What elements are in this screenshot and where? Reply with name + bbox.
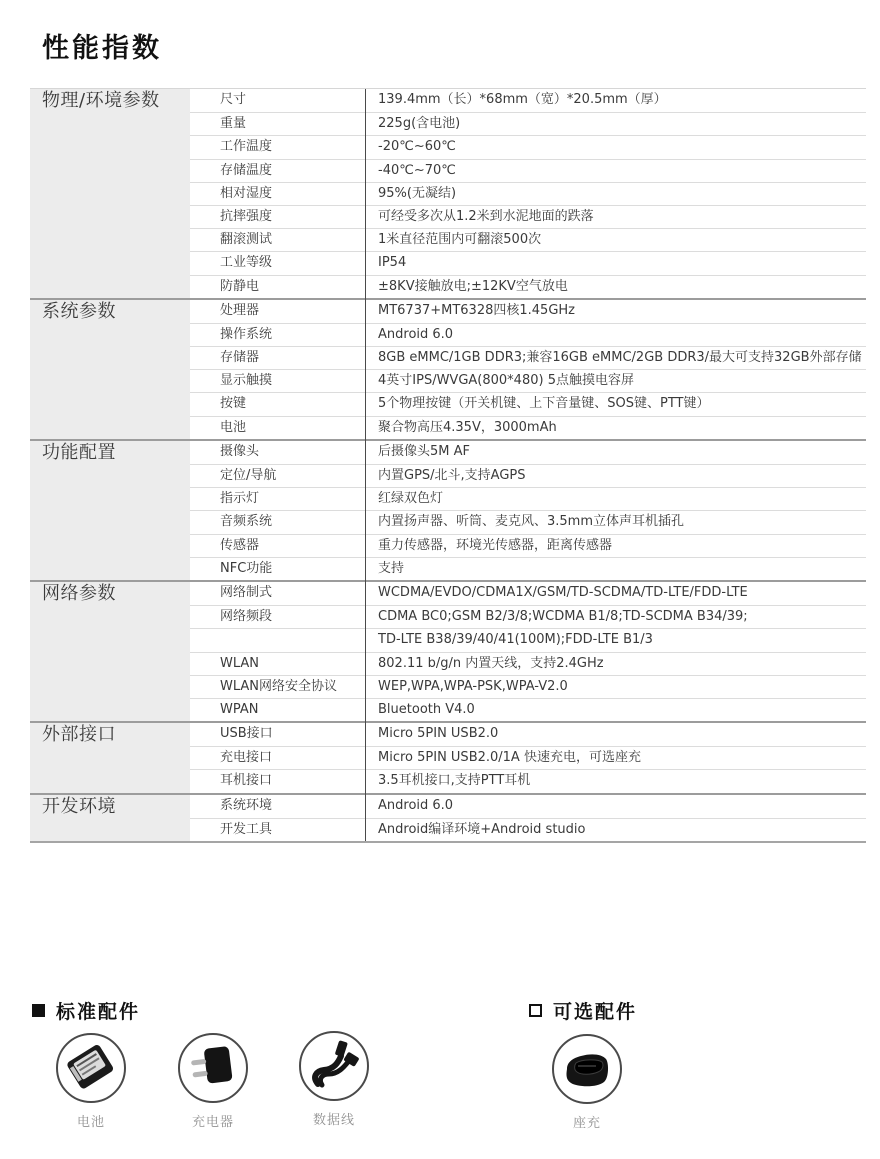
data-cable-icon: [299, 1031, 369, 1101]
spec-label: 重量: [190, 113, 365, 135]
spec-row: 存储器8GB eMMC/1GB DDR3;兼容16GB eMMC/2GB DDR…: [190, 346, 866, 369]
spec-section-0: 物理/环境参数尺寸139.4mm（长）*68mm（宽）*20.5mm（厚）重量2…: [30, 89, 866, 298]
spec-section-4: 外部接口USB接口Micro 5PIN USB2.0充电接口Micro 5PIN…: [30, 721, 866, 793]
spec-row: 网络频段CDMA BC0;GSM B2/3/8;WCDMA B1/8;TD-SC…: [190, 605, 866, 628]
spec-value: MT6737+MT6328四核1.45GHz: [365, 300, 866, 323]
spec-label: WLAN: [190, 653, 365, 675]
spec-value: 后摄像头5M AF: [365, 441, 866, 464]
spec-value: 3.5耳机接口,支持PTT耳机: [365, 770, 866, 792]
spec-value: WCDMA/EVDO/CDMA1X/GSM/TD-SCDMA/TD-LTE/FD…: [365, 582, 866, 605]
spec-row: 音频系统内置扬声器、听筒、麦克风、3.5mm立体声耳机插孔: [190, 510, 866, 533]
spec-value: WEP,WPA,WPA-PSK,WPA-V2.0: [365, 676, 866, 698]
spec-value: Android 6.0: [365, 795, 866, 818]
spec-label: 传感器: [190, 535, 365, 557]
category-label: 开发环境: [30, 795, 190, 841]
spec-label: WLAN网络安全协议: [190, 676, 365, 698]
spec-label: 按键: [190, 393, 365, 415]
spec-value: 802.11 b/g/n 内置天线，支持2.4GHz: [365, 653, 866, 675]
spec-value: Android编译环境+Android studio: [365, 819, 866, 841]
spec-value: 内置GPS/北斗,支持AGPS: [365, 465, 866, 487]
spec-row: 开发工具Android编译环境+Android studio: [190, 818, 866, 841]
spec-label: 摄像头: [190, 441, 365, 464]
spec-row: 尺寸139.4mm（长）*68mm（宽）*20.5mm（厚）: [190, 89, 866, 112]
spec-label: 充电接口: [190, 747, 365, 769]
spec-label: NFC功能: [190, 558, 365, 580]
category-label: 网络参数: [30, 582, 190, 721]
spec-value: 4英寸IPS/WVGA(800*480) 5点触摸电容屏: [365, 370, 866, 392]
spec-value: 8GB eMMC/1GB DDR3;兼容16GB eMMC/2GB DDR3/最…: [365, 347, 866, 369]
spec-label: 处理器: [190, 300, 365, 323]
category-label: 系统参数: [30, 300, 190, 439]
page-title: 性能指数: [42, 26, 162, 65]
spec-row: USB接口Micro 5PIN USB2.0: [190, 723, 866, 746]
spec-value: 重力传感器，环境光传感器，距离传感器: [365, 535, 866, 557]
accessory-item-optional-0: 座充: [552, 1034, 622, 1131]
accessory-label: 数据线: [299, 1109, 369, 1128]
spec-row: 重量225g(含电池): [190, 112, 866, 135]
spec-label: 防静电: [190, 276, 365, 298]
spec-value: Micro 5PIN USB2.0/1A 快速充电，可选座充: [365, 747, 866, 769]
spec-value: 聚合物高压4.35V，3000mAh: [365, 417, 866, 439]
spec-row: 操作系统Android 6.0: [190, 323, 866, 346]
standard-accessories-title: 标准配件: [56, 997, 140, 1024]
spec-table: 物理/环境参数尺寸139.4mm（长）*68mm（宽）*20.5mm（厚）重量2…: [30, 88, 866, 843]
dock-charger-icon: [552, 1034, 622, 1104]
spec-label: 系统环境: [190, 795, 365, 818]
spec-value: 内置扬声器、听筒、麦克风、3.5mm立体声耳机插孔: [365, 511, 866, 533]
optional-accessories-header: 可选配件: [529, 997, 637, 1024]
spec-label: 存储温度: [190, 160, 365, 182]
spec-row: 相对湿度95%(无凝结): [190, 182, 866, 205]
spec-value: 95%(无凝结): [365, 183, 866, 205]
optional-accessories-title: 可选配件: [553, 997, 637, 1024]
spec-label: 开发工具: [190, 819, 365, 841]
spec-row: 工作温度-20℃~60℃: [190, 135, 866, 158]
spec-value: Android 6.0: [365, 324, 866, 346]
spec-value: Bluetooth V4.0: [365, 699, 866, 721]
spec-label: 抗摔强度: [190, 206, 365, 228]
spec-label: 相对湿度: [190, 183, 365, 205]
spec-row: 工业等级IP54: [190, 251, 866, 274]
spec-row: 耳机接口3.5耳机接口,支持PTT耳机: [190, 769, 866, 792]
accessory-label: 充电器: [178, 1111, 248, 1130]
spec-row: 传感器重力传感器，环境光传感器，距离传感器: [190, 534, 866, 557]
charger-icon: [178, 1033, 248, 1103]
spec-label: 电池: [190, 417, 365, 439]
spec-label: [190, 629, 365, 651]
spec-label: 工作温度: [190, 136, 365, 158]
standard-accessories-header: 标准配件: [32, 997, 140, 1024]
spec-value: 支持: [365, 558, 866, 580]
spec-value: -40℃~70℃: [365, 160, 866, 182]
spec-label: 指示灯: [190, 488, 365, 510]
spec-value: 139.4mm（长）*68mm（宽）*20.5mm（厚）: [365, 89, 866, 112]
spec-value: -20℃~60℃: [365, 136, 866, 158]
category-label: 功能配置: [30, 441, 190, 580]
spec-label: 网络频段: [190, 606, 365, 628]
spec-label: USB接口: [190, 723, 365, 746]
spec-row: 定位/导航内置GPS/北斗,支持AGPS: [190, 464, 866, 487]
spec-row: WPANBluetooth V4.0: [190, 698, 866, 721]
spec-value: ±8KV接触放电;±12KV空气放电: [365, 276, 866, 298]
spec-section-2: 功能配置摄像头后摄像头5M AF定位/导航内置GPS/北斗,支持AGPS指示灯红…: [30, 439, 866, 580]
accessory-label: 电池: [56, 1111, 126, 1130]
accessory-label: 座充: [552, 1112, 622, 1131]
spec-label: 翻滚测试: [190, 229, 365, 251]
spec-label: 操作系统: [190, 324, 365, 346]
accessory-item-standard-0: 电池: [56, 1033, 126, 1130]
spec-label: 尺寸: [190, 89, 365, 112]
filled-square-bullet-icon: [32, 1004, 45, 1017]
spec-row: 系统环境Android 6.0: [190, 795, 866, 818]
spec-row: NFC功能支持: [190, 557, 866, 580]
spec-row: 充电接口Micro 5PIN USB2.0/1A 快速充电，可选座充: [190, 746, 866, 769]
spec-label: 工业等级: [190, 252, 365, 274]
column-divider: [365, 89, 366, 841]
spec-value: 225g(含电池): [365, 113, 866, 135]
spec-label: 存储器: [190, 347, 365, 369]
spec-value: TD-LTE B38/39/40/41(100M);FDD-LTE B1/3: [365, 629, 866, 651]
spec-row: 处理器MT6737+MT6328四核1.45GHz: [190, 300, 866, 323]
spec-row: 按键5个物理按键（开关机键、上下音量键、SOS键、PTT键）: [190, 392, 866, 415]
spec-value: 1米直径范围内可翻滚500次: [365, 229, 866, 251]
spec-section-3: 网络参数网络制式WCDMA/EVDO/CDMA1X/GSM/TD-SCDMA/T…: [30, 580, 866, 721]
spec-row: WLAN网络安全协议WEP,WPA,WPA-PSK,WPA-V2.0: [190, 675, 866, 698]
spec-section-1: 系统参数处理器MT6737+MT6328四核1.45GHz操作系统Android…: [30, 298, 866, 439]
spec-value: 可经受多次从1.2米到水泥地面的跌落: [365, 206, 866, 228]
spec-value: IP54: [365, 252, 866, 274]
spec-value: Micro 5PIN USB2.0: [365, 723, 866, 746]
spec-label: 耳机接口: [190, 770, 365, 792]
spec-value: 5个物理按键（开关机键、上下音量键、SOS键、PTT键）: [365, 393, 866, 415]
spec-row: 指示灯红绿双色灯: [190, 487, 866, 510]
spec-label: 网络制式: [190, 582, 365, 605]
spec-label: 音频系统: [190, 511, 365, 533]
spec-row: TD-LTE B38/39/40/41(100M);FDD-LTE B1/3: [190, 628, 866, 651]
battery-icon: [56, 1033, 126, 1103]
accessory-item-standard-2: 数据线: [299, 1031, 369, 1128]
spec-row: 翻滚测试1米直径范围内可翻滚500次: [190, 228, 866, 251]
spec-section-5: 开发环境系统环境Android 6.0开发工具Android编译环境+Andro…: [30, 793, 866, 841]
spec-row: 存储温度-40℃~70℃: [190, 159, 866, 182]
spec-label: 定位/导航: [190, 465, 365, 487]
hollow-square-bullet-icon: [529, 1004, 542, 1017]
spec-sheet-page: 性能指数 物理/环境参数尺寸139.4mm（长）*68mm（宽）*20.5mm（…: [0, 0, 880, 1159]
spec-label: WPAN: [190, 699, 365, 721]
spec-row: 电池聚合物高压4.35V，3000mAh: [190, 416, 866, 439]
spec-row: 显示触摸4英寸IPS/WVGA(800*480) 5点触摸电容屏: [190, 369, 866, 392]
accessory-item-standard-1: 充电器: [178, 1033, 248, 1130]
spec-row: WLAN802.11 b/g/n 内置天线，支持2.4GHz: [190, 652, 866, 675]
spec-row: 摄像头后摄像头5M AF: [190, 441, 866, 464]
category-label: 物理/环境参数: [30, 89, 190, 298]
spec-label: 显示触摸: [190, 370, 365, 392]
spec-row: 防静电±8KV接触放电;±12KV空气放电: [190, 275, 866, 298]
category-label: 外部接口: [30, 723, 190, 793]
spec-value: 红绿双色灯: [365, 488, 866, 510]
spec-value: CDMA BC0;GSM B2/3/8;WCDMA B1/8;TD-SCDMA …: [365, 606, 866, 628]
spec-row: 抗摔强度可经受多次从1.2米到水泥地面的跌落: [190, 205, 866, 228]
spec-row: 网络制式WCDMA/EVDO/CDMA1X/GSM/TD-SCDMA/TD-LT…: [190, 582, 866, 605]
